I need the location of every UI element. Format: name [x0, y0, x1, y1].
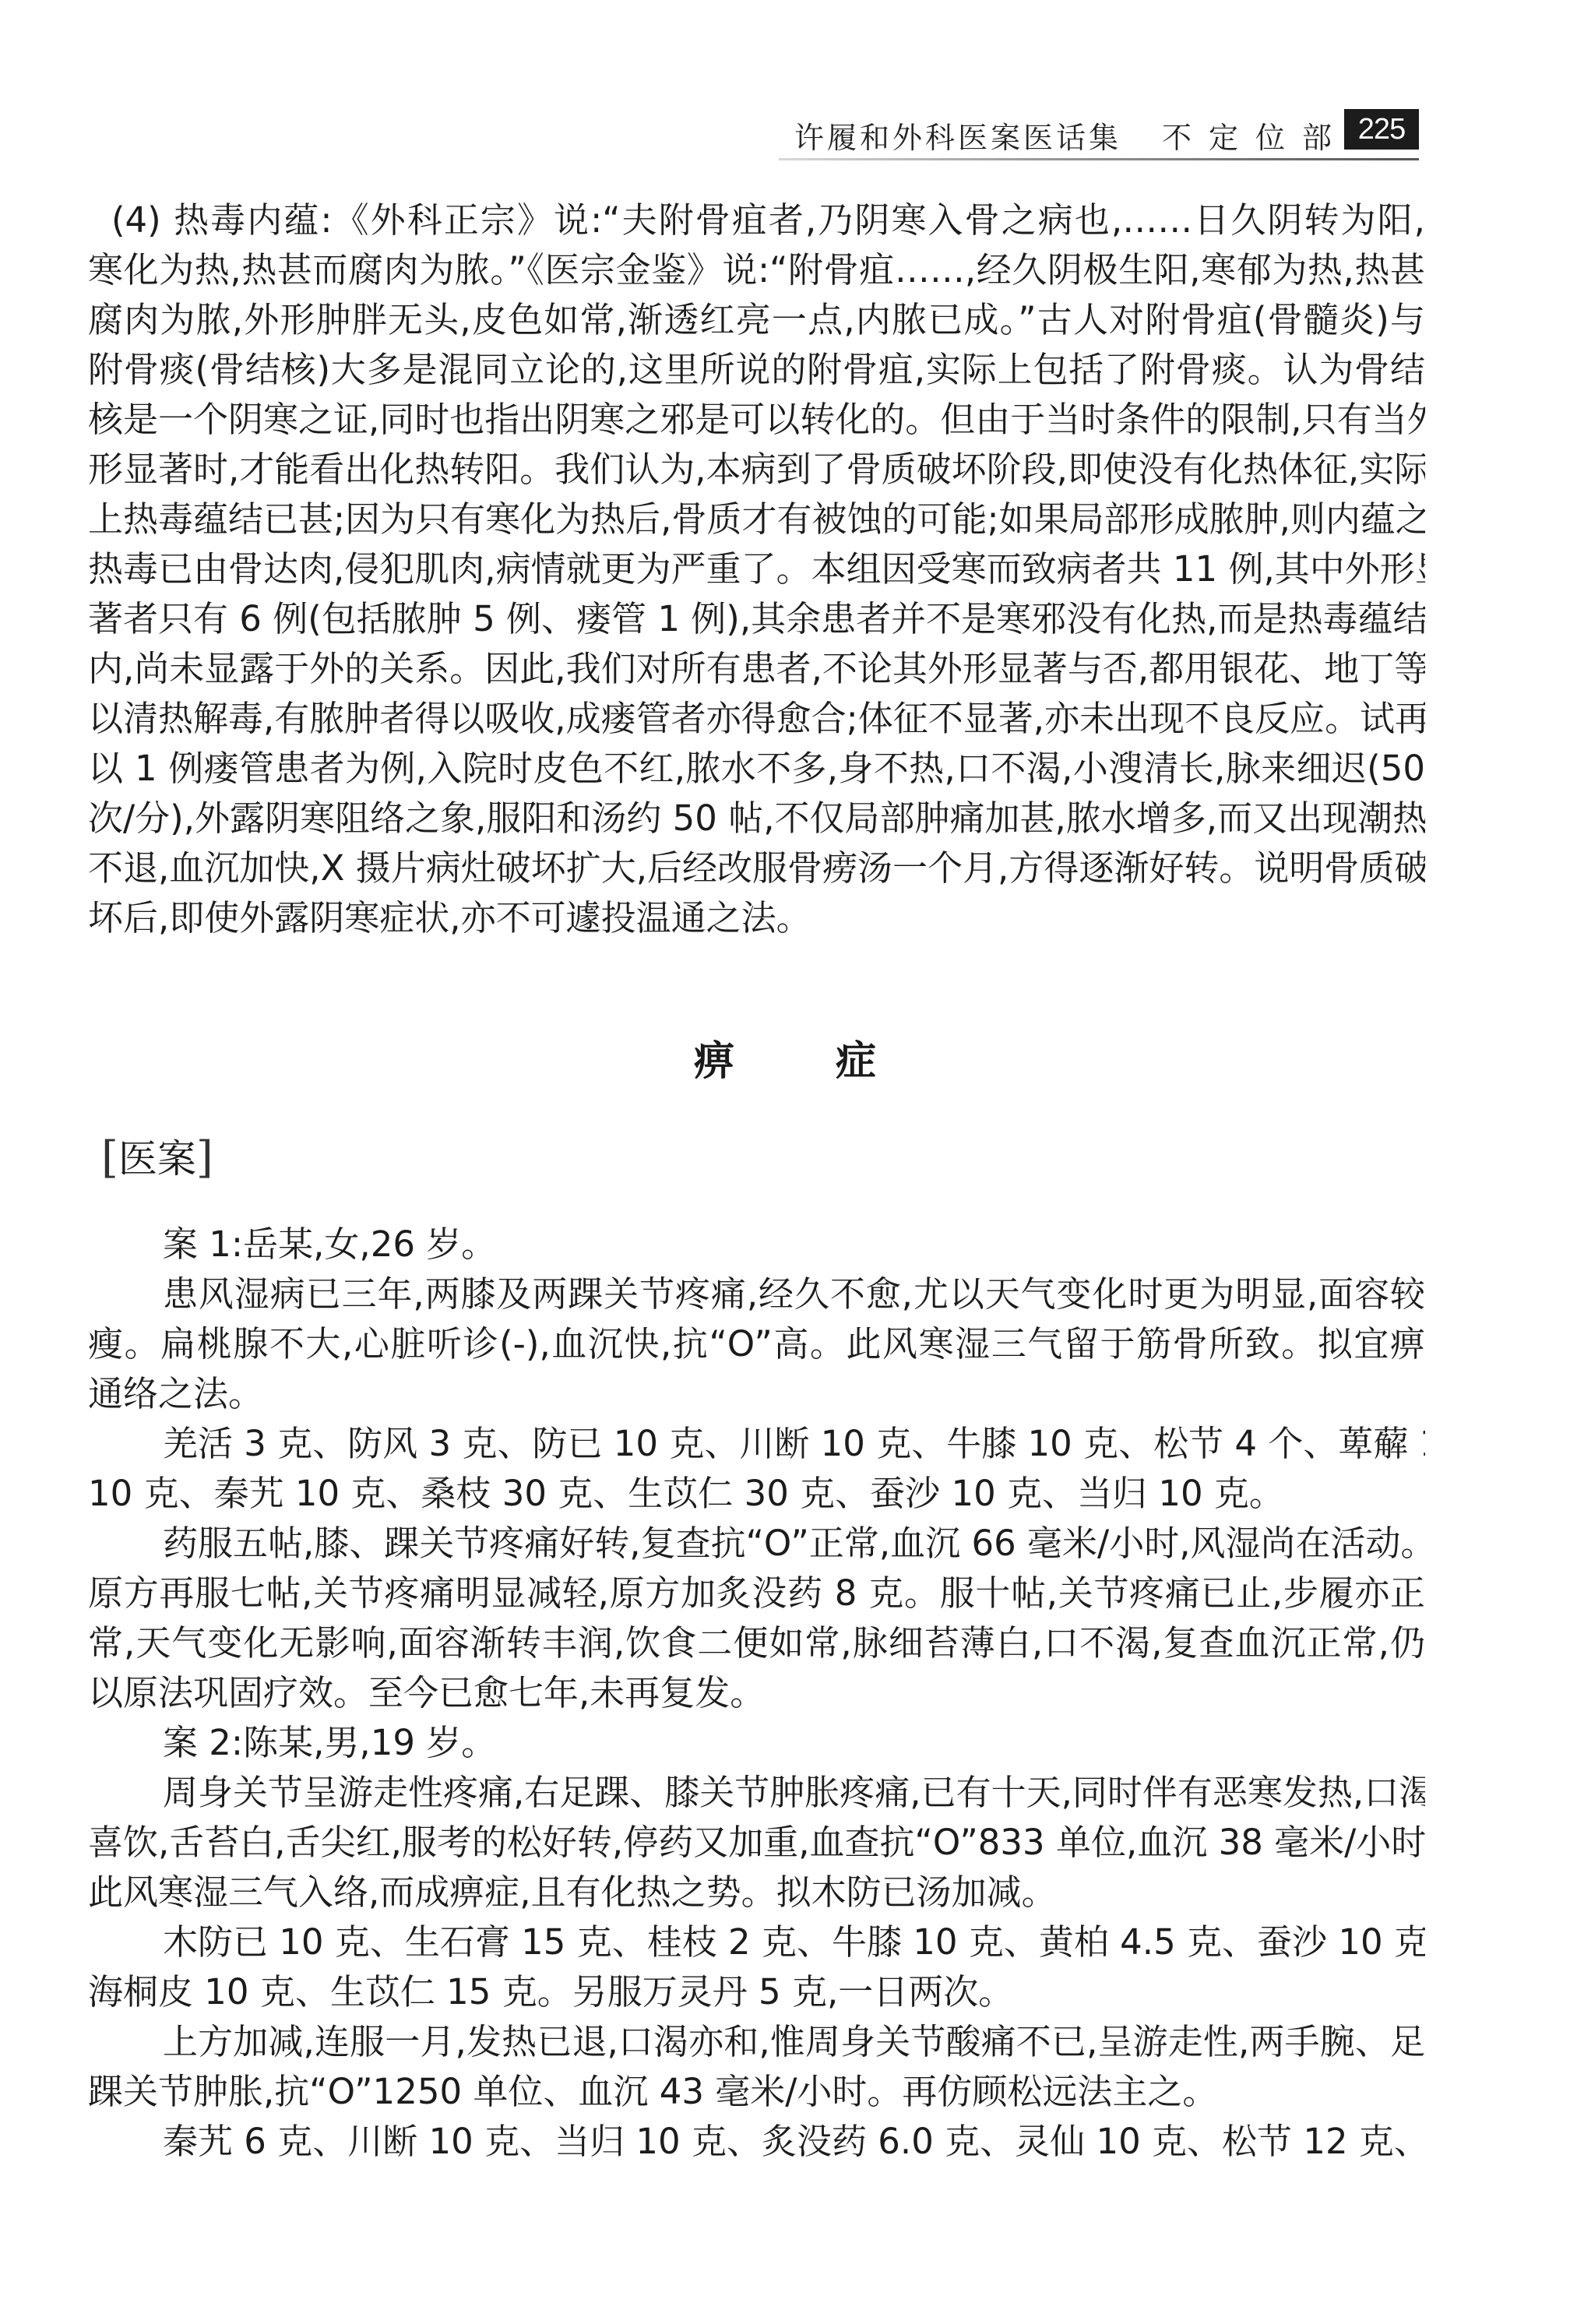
- paragraph-heat-toxin: (4) 热毒内蕴:《外科正宗》说:“夫附骨疽者,乃阴寒入骨之病也,……日久阴转为…: [88, 195, 1425, 943]
- text-line: 以清热解毒,有脓肿者得以吸收,成瘘管者亦得愈合;体征不显著,亦未出现不良反应。试…: [88, 694, 1425, 744]
- text-line: 次/分),外露阴寒阻络之象,服阳和汤约 50 帖,不仅局部肿痛加甚,脓水增多,而…: [88, 794, 1425, 843]
- header-rule: [779, 158, 1419, 160]
- text-line: 患风湿病已三年,两膝及两踝关节疼痛,经久不愈,尤以天气变化时更为明显,面容较: [88, 1269, 1425, 1319]
- case-title: 案 1:岳某,女,26 岁。: [88, 1220, 1425, 1269]
- subsection-label: [医案]: [101, 1128, 213, 1184]
- prescription-line: 海桐皮 10 克、生苡仁 15 克。另服万灵丹 5 克,一日两次。: [88, 1967, 1425, 2017]
- bracket-open: [: [101, 1132, 118, 1183]
- text-line: 上热毒蕴结已甚;因为只有寒化为热后,骨质才有被蚀的可能;如果局部形成脓肿,则内蕴…: [88, 495, 1425, 544]
- text-line: 以 1 例瘘管患者为例,入院时皮色不红,脓水不多,身不热,口不渴,小溲清长,脉来…: [88, 744, 1425, 794]
- case-title: 案 2:陈某,男,19 岁。: [88, 1718, 1425, 1768]
- case-1: 案 1:岳某,女,26 岁。 患风湿病已三年,两膝及两踝关节疼痛,经久不愈,尤以…: [88, 1220, 1425, 1718]
- running-section-name: 不定位部: [1162, 114, 1349, 157]
- text-line: 坏后,即使外露阴寒症状,亦不可遽投温通之法。: [88, 893, 1425, 943]
- text-line: 通络之法。: [88, 1369, 1425, 1419]
- prescription-line: 羌活 3 克、防风 3 克、防已 10 克、川断 10 克、牛膝 10 克、松节…: [88, 1419, 1425, 1469]
- text-line: 踝关节肿胀,抗“O”1250 单位、血沉 43 毫米/小时。再仿顾松远法主之。: [88, 2067, 1425, 2117]
- prescription-line: 秦艽 6 克、川断 10 克、当归 10 克、炙没药 6.0 克、灵仙 10 克…: [88, 2117, 1425, 2167]
- book-title: 许履和外科医案医话集: [794, 114, 1121, 157]
- text-line: 热毒已由骨达肉,侵犯肌肉,病情就更为严重了。本组因受寒而致病者共 11 例,其中…: [88, 544, 1425, 594]
- text-line: 形显著时,才能看出化热转阳。我们认为,本病到了骨质破坏阶段,即使没有化热体征,实…: [88, 445, 1425, 495]
- text-line: 原方再服七帖,关节疼痛明显减轻,原方加炙没药 8 克。服十帖,关节疼痛已止,步履…: [88, 1569, 1425, 1618]
- text-line: 腐肉为脓,外形肿胖无头,皮色如常,渐透红亮一点,内脓已成。”古人对附骨疽(骨髓炎…: [88, 295, 1425, 345]
- text-line: 常,天气变化无影响,面容渐转丰润,饮食二便如常,脉细苔薄白,口不渴,复查血沉正常…: [88, 1618, 1425, 1668]
- section-heading: 痹症: [0, 1028, 1570, 1086]
- prescription-line: 10 克、秦艽 10 克、桑枝 30 克、生苡仁 30 克、蚕沙 10 克、当归…: [88, 1469, 1425, 1519]
- page-number-badge: 225: [1344, 109, 1419, 150]
- text-line: 上方加减,连服一月,发热已退,口渴亦和,惟周身关节酸痛不已,呈游走性,两手腕、足: [88, 2017, 1425, 2067]
- bracket-close: ]: [196, 1132, 213, 1183]
- text-line: (4) 热毒内蕴:《外科正宗》说:“夫附骨疽者,乃阴寒入骨之病也,……日久阴转为…: [88, 195, 1425, 245]
- running-head: 许履和外科医案医话集 不定位部 225: [779, 109, 1419, 156]
- text-line: 内,尚未显露于外的关系。因此,我们对所有患者,不论其外形显著与否,都用银花、地丁…: [88, 644, 1425, 694]
- subsection-label-text: 医案: [118, 1136, 196, 1181]
- text-line: 著者只有 6 例(包括脓肿 5 例、瘘管 1 例),其余患者并不是寒邪没有化热,…: [88, 594, 1425, 644]
- case-2: 案 2:陈某,男,19 岁。 周身关节呈游走性疼痛,右足踝、膝关节肿胀疼痛,已有…: [88, 1718, 1425, 2167]
- text-line: 附骨痰(骨结核)大多是混同立论的,这里所说的附骨疽,实际上包括了附骨痰。认为骨结: [88, 345, 1425, 395]
- text-line: 不退,血沉加快,X 摄片病灶破坏扩大,后经改服骨痨汤一个月,方得逐渐好转。说明骨…: [88, 843, 1425, 893]
- text-line: 瘦。扁桃腺不大,心脏听诊(-),血沉快,抗“O”高。此风寒湿三气留于筋骨所致。拟…: [88, 1319, 1425, 1369]
- text-line: 核是一个阴寒之证,同时也指出阴寒之邪是可以转化的。但由于当时条件的限制,只有当外: [88, 395, 1425, 445]
- prescription-line: 木防已 10 克、生石膏 15 克、桂枝 2 克、牛膝 10 克、黄柏 4.5 …: [88, 1917, 1425, 1967]
- text-line: 以原法巩固疗效。至今已愈七年,未再复发。: [88, 1668, 1425, 1718]
- text-line: 寒化为热,热甚而腐肉为脓。”《医宗金鉴》说:“附骨疽……,经久阴极生阳,寒郁为热…: [88, 245, 1425, 295]
- text-line: 周身关节呈游走性疼痛,右足踝、膝关节肿胀疼痛,已有十天,同时伴有恶寒发热,口渴: [88, 1768, 1425, 1818]
- text-line: 喜饮,舌苔白,舌尖红,服考的松好转,停药又加重,血查抗“O”833 单位,血沉 …: [88, 1818, 1425, 1868]
- text-line: 此风寒湿三气入络,而成痹症,且有化热之势。拟木防已汤加减。: [88, 1868, 1425, 1917]
- text-line: 药服五帖,膝、踝关节疼痛好转,复查抗“O”正常,血沉 66 毫米/小时,风湿尚在…: [88, 1519, 1425, 1569]
